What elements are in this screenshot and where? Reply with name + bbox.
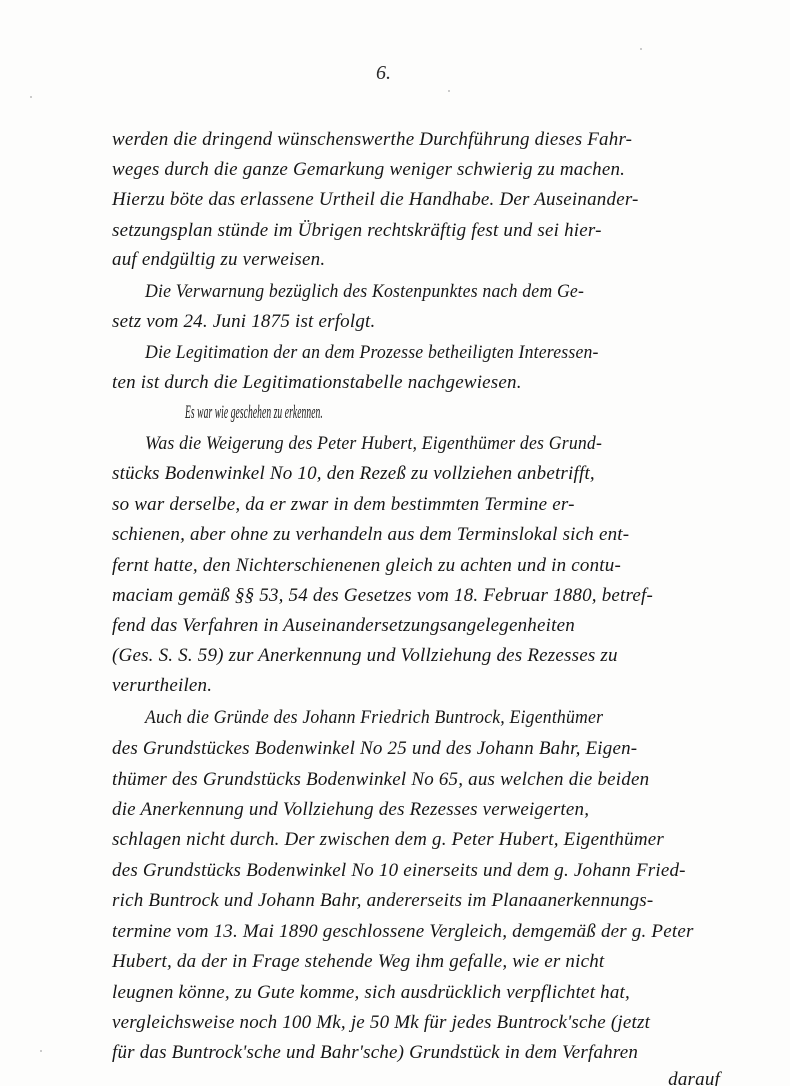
document-page: 6. werden die dringend wünschenswerthe D… [0, 0, 790, 1086]
text-line: rich Buntrock und Johann Bahr, andererse… [112, 889, 712, 913]
text-line: weges durch die ganze Gemarkung weniger … [112, 158, 712, 182]
text-line: schienen, aber ohne zu verhandeln aus de… [112, 523, 712, 547]
text-line: setz vom 24. Juni 1875 ist erfolgt. [112, 310, 712, 334]
text-line: werden die dringend wünschenswerthe Durc… [112, 128, 712, 152]
text-line: des Grundstücks Bodenwinkel No 10 einers… [112, 859, 712, 883]
text-line: Die Verwarnung bezüglich des Kostenpunkt… [145, 280, 705, 304]
paper-speck [40, 1050, 42, 1052]
text-line: verurtheilen. [112, 674, 712, 698]
text-line: termine vom 13. Mai 1890 geschlossene Ve… [112, 920, 712, 944]
text-line: ten ist durch die Legitimationstabelle n… [112, 371, 712, 395]
text-line: (Ges. S. S. 59) zur Anerkennung und Voll… [112, 644, 712, 668]
text-line: maciam gemäß §§ 53, 54 des Gesetzes vom … [112, 584, 712, 608]
text-line: die Anerkennung und Vollziehung des Reze… [112, 798, 712, 822]
text-line: auf endgültig zu verweisen. [112, 248, 712, 272]
text-line: fend das Verfahren in Auseinandersetzung… [112, 614, 712, 638]
text-line: thümer des Grundstücks Bodenwinkel No 65… [112, 768, 712, 792]
text-line: schlagen nicht durch. Der zwischen dem g… [112, 828, 712, 852]
paper-speck [30, 96, 32, 98]
text-line: stücks Bodenwinkel No 10, den Rezeß zu v… [112, 462, 712, 486]
page-number: 6. [376, 62, 391, 85]
text-line: für das Buntrock'sche und Bahr'sche) Gru… [112, 1041, 712, 1065]
text-line: leugnen könne, zu Gute komme, sich ausdr… [112, 981, 712, 1005]
text-line: vergleichsweise noch 100 Mk, je 50 Mk fü… [112, 1011, 712, 1035]
text-line: Es war wie geschehen zu erkennen. [185, 401, 485, 425]
text-line: Hierzu böte das erlassene Urtheil die Ha… [112, 188, 712, 212]
text-line: Hubert, da der in Frage stehende Weg ihm… [112, 950, 712, 974]
text-line: Die Legitimation der an dem Prozesse bet… [145, 341, 705, 365]
text-line: Was die Weigerung des Peter Hubert, Eige… [145, 432, 705, 456]
text-line: fernt hatte, den Nichterschienenen gleic… [112, 554, 712, 578]
paper-speck [640, 48, 642, 50]
catchword: darauf [668, 1068, 720, 1086]
text-line: Auch die Gründe des Johann Friedrich Bun… [145, 706, 705, 730]
paper-speck [612, 935, 614, 937]
text-line: des Grundstückes Bodenwinkel No 25 und d… [112, 737, 712, 761]
text-line: setzungsplan stünde im Übrigen rechtskrä… [112, 219, 712, 243]
paper-speck [448, 90, 450, 92]
text-line: so war derselbe, da er zwar in dem besti… [112, 493, 712, 517]
